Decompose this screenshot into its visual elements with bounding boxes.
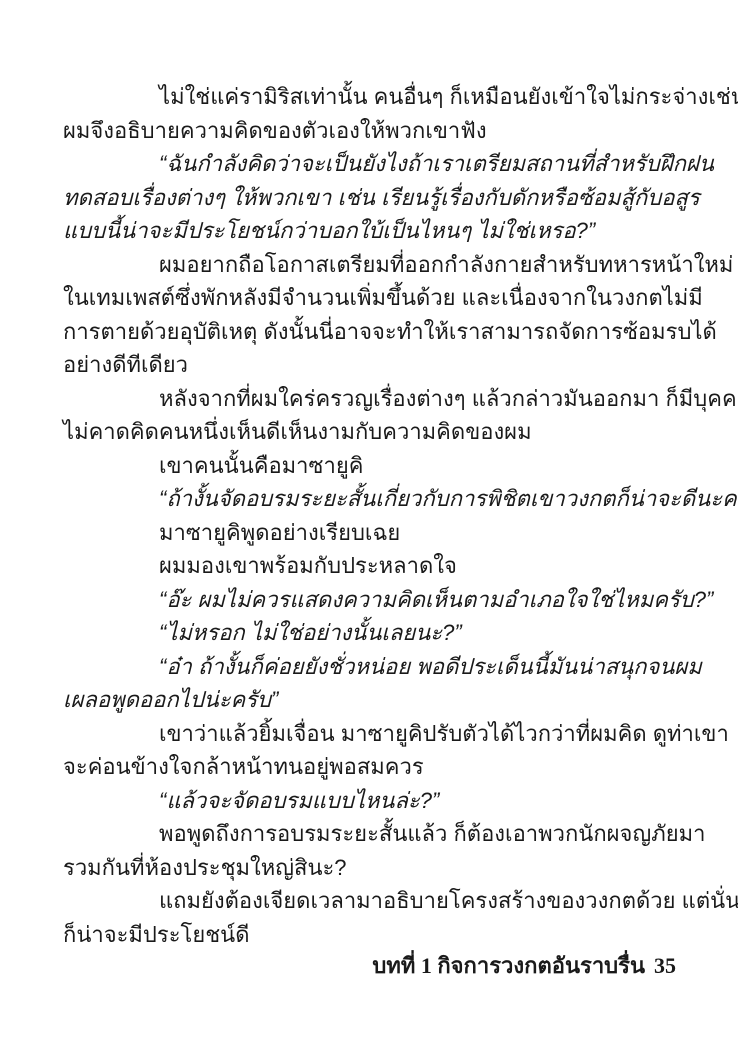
book-page: ไม่ใช่แค่รามิริสเท่านั้น คนอื่นๆ ก็เหมือ… (0, 0, 738, 1051)
page-footer: บทที่ 1 กิจการวงกตอันราบรื่น35 (372, 948, 676, 983)
text-line: หลังจากที่ผมใคร่ครวญเรื่องต่างๆ แล้วกล่า… (63, 382, 679, 416)
text-line: แถมยังต้องเจียดเวลามาอธิบายโครงสร้างของว… (63, 884, 679, 918)
text-line: แบบนี้น่าจะมีประโยชน์กว่าบอกใบ้เป็นไหนๆ … (63, 214, 679, 248)
text-line: “ไม่หรอก ไม่ใช่อย่างนั้นเลยนะ?” (63, 616, 679, 650)
text-line: ทดสอบเรื่องต่างๆ ให้พวกเขา เช่น เรียนรู้… (63, 181, 679, 215)
text-line: มาซายูคิพูดอย่างเรียบเฉย (63, 516, 679, 550)
text-line: จะค่อนข้างใจกล้าหน้าทนอยู่พอสมควร (63, 750, 679, 784)
text-line: เขาว่าแล้วยิ้มเจื่อน มาซายูคิปรับตัวได้ไ… (63, 717, 679, 751)
text-line: “แล้วจะจัดอบรมแบบไหนล่ะ?” (63, 784, 679, 818)
text-line: ผมมองเขาพร้อมกับประหลาดใจ (63, 549, 679, 583)
body-text: ไม่ใช่แค่รามิริสเท่านั้น คนอื่นๆ ก็เหมือ… (63, 80, 679, 951)
text-line: ในเทมเพสต์ซึ่งพักหลังมีจำนวนเพิ่มขึ้นด้ว… (63, 281, 679, 315)
text-line: “อ๊ะ ผมไม่ควรแสดงความคิดเห็นตามอำเภอใจใช… (63, 583, 679, 617)
text-line: “ฉันกำลังคิดว่าจะเป็นยังไงถ้าเราเตรียมสถ… (63, 147, 679, 181)
text-line: เผลอพูดออกไปน่ะครับ” (63, 683, 679, 717)
text-line: เขาคนนั้นคือมาซายูคิ (63, 449, 679, 483)
chapter-title: บทที่ 1 กิจการวงกตอันราบรื่น (372, 953, 645, 978)
text-line: ก็น่าจะมีประโยชน์ดี (63, 918, 679, 952)
text-line: ผมจึงอธิบายความคิดของตัวเองให้พวกเขาฟัง (63, 114, 679, 148)
text-line: ผมอยากถือโอกาสเตรียมที่ออกกำลังกายสำหรับ… (63, 248, 679, 282)
text-line: “ถ้างั้นจัดอบรมระยะสั้นเกี่ยวกับการพิชิต… (63, 482, 679, 516)
text-line: พอพูดถึงการอบรมระยะสั้นแล้ว ก็ต้องเอาพวก… (63, 817, 679, 851)
text-line: ไม่คาดคิดคนหนึ่งเห็นดีเห็นงามกับความคิดข… (63, 415, 679, 449)
text-line: อย่างดีทีเดียว (63, 348, 679, 382)
text-line: การตายด้วยอุบัติเหตุ ดังนั้นนี่อาจจะทำให… (63, 315, 679, 349)
text-line: “อ๋า ถ้างั้นก็ค่อยยังชั่วหน่อย พอดีประเด… (63, 650, 679, 684)
text-line: รวมกันที่ห้องประชุมใหญ่สินะ? (63, 851, 679, 885)
text-line: ไม่ใช่แค่รามิริสเท่านั้น คนอื่นๆ ก็เหมือ… (63, 80, 679, 114)
page-number: 35 (654, 953, 676, 978)
